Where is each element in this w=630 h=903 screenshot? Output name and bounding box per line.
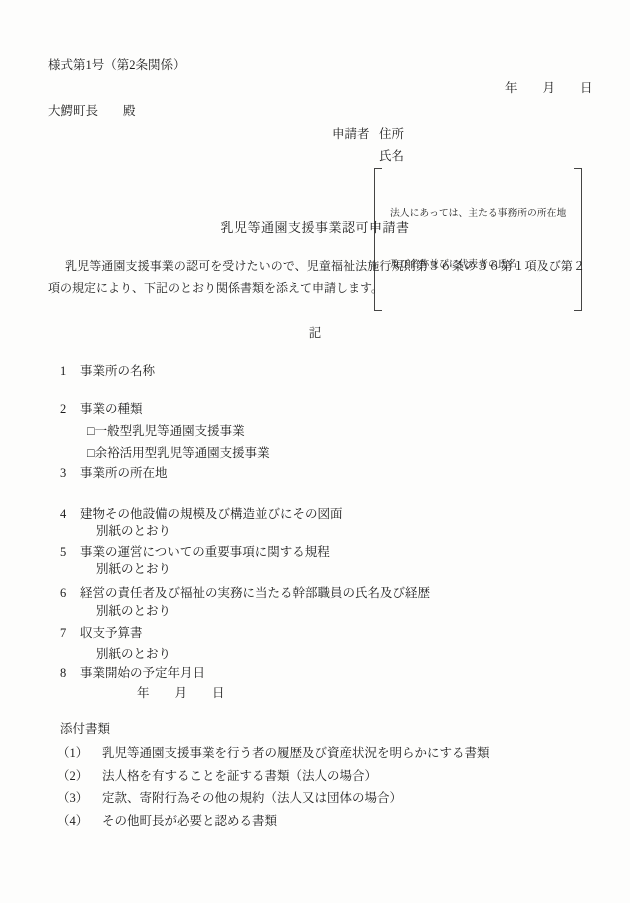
- checkbox-icon: □: [87, 446, 95, 460]
- item-7-label: 収支予算書: [80, 626, 143, 640]
- item-6: 6経営の責任者及び福祉の実務に当たる幹部職員の氏名及び経歴: [60, 586, 430, 602]
- attachments-heading: 添付書類: [60, 722, 110, 738]
- item-7: 7収支予算書: [60, 626, 143, 642]
- item-6-number: 6: [60, 586, 80, 602]
- option-surplus-label: 余裕活用型乳児等通園支援事業: [95, 446, 270, 460]
- item-5-label: 事業の運営についての重要事項に関する規程: [80, 545, 330, 559]
- attachment-item-3: （3）定款、寄附行為その他の規約（法人又は団体の場合）: [57, 791, 402, 807]
- attachment-4-number: （4）: [57, 814, 102, 830]
- item-6-label: 経営の責任者及び福祉の実務に当たる幹部職員の氏名及び経歴: [80, 586, 430, 600]
- attachment-4-label: その他町長が必要と認める書類: [102, 814, 277, 828]
- item-4-number: 4: [60, 507, 80, 523]
- item-4: 4建物その他設備の規模及び構造並びにその図面: [60, 507, 343, 523]
- item-2-number: 2: [60, 402, 80, 418]
- checkbox-icon: □: [87, 424, 95, 438]
- item-8: 8事業開始の予定年月日: [60, 666, 205, 682]
- attachment-item-1: （1）乳児等通園支援事業を行う者の履歴及び資産状況を明らかにする書類: [57, 746, 490, 762]
- item-7-number: 7: [60, 626, 80, 642]
- item-4-label: 建物その他設備の規模及び構造並びにその図面: [80, 507, 343, 521]
- item-5-note: 別紙のとおり: [96, 562, 171, 578]
- attachment-2-label: 法人格を有することを証する書類（法人の場合）: [102, 769, 377, 783]
- item-3: 3事業所の所在地: [60, 466, 168, 482]
- document-title: 乳児等通園支援事業認可申請書: [0, 220, 630, 236]
- item-1: 1事業所の名称: [60, 364, 155, 380]
- attachment-1-label: 乳児等通園支援事業を行う者の履歴及び資産状況を明らかにする書類: [102, 746, 490, 760]
- item-5-number: 5: [60, 545, 80, 561]
- addressee-name: 大鰐町長: [48, 104, 98, 120]
- item-3-label: 事業所の所在地: [80, 466, 168, 480]
- addressee-honorific: 殿: [123, 104, 136, 120]
- applicant-label: 申請者: [332, 127, 370, 143]
- body-paragraph: 乳児等通園支援事業の認可を受けたいので、児童福祉法施行規則第３６条の３６第１項及…: [48, 255, 585, 299]
- header-date: 年 月 日: [505, 81, 593, 97]
- business-type-option-general: □一般型乳児等通園支援事業: [87, 424, 245, 440]
- item-8-planned-date: 年 月 日: [137, 686, 225, 702]
- attachment-1-number: （1）: [57, 746, 102, 762]
- item-2: 2事業の種類: [60, 402, 143, 418]
- item-3-number: 3: [60, 466, 80, 482]
- item-7-note: 別紙のとおり: [96, 647, 171, 663]
- attachment-3-number: （3）: [57, 791, 102, 807]
- attachment-3-label: 定款、寄附行為その他の規約（法人又は団体の場合）: [102, 791, 402, 805]
- document-page: 様式第1号（第2条関係） 年 月 日 大鰐町長 殿 申請者 住所 氏名 法人にあ…: [0, 0, 630, 903]
- item-6-note: 別紙のとおり: [96, 604, 171, 620]
- item-2-label: 事業の種類: [80, 402, 143, 416]
- item-1-label: 事業所の名称: [80, 364, 155, 378]
- item-8-number: 8: [60, 666, 80, 682]
- business-type-option-surplus: □余裕活用型乳児等通園支援事業: [87, 446, 270, 462]
- option-general-label: 一般型乳児等通園支援事業: [95, 424, 245, 438]
- form-number: 様式第1号（第2条関係）: [48, 58, 186, 74]
- attachment-item-4: （4）その他町長が必要と認める書類: [57, 814, 277, 830]
- item-1-number: 1: [60, 364, 80, 380]
- item-8-label: 事業開始の予定年月日: [80, 666, 205, 680]
- applicant-name-label: 氏名: [379, 149, 404, 165]
- attachment-2-number: （2）: [57, 769, 102, 785]
- item-4-note: 別紙のとおり: [96, 524, 171, 540]
- attachment-item-2: （2）法人格を有することを証する書類（法人の場合）: [57, 769, 377, 785]
- applicant-address-label: 住所: [379, 127, 404, 143]
- item-5: 5事業の運営についての重要事項に関する規程: [60, 545, 330, 561]
- record-mark: 記: [0, 326, 630, 342]
